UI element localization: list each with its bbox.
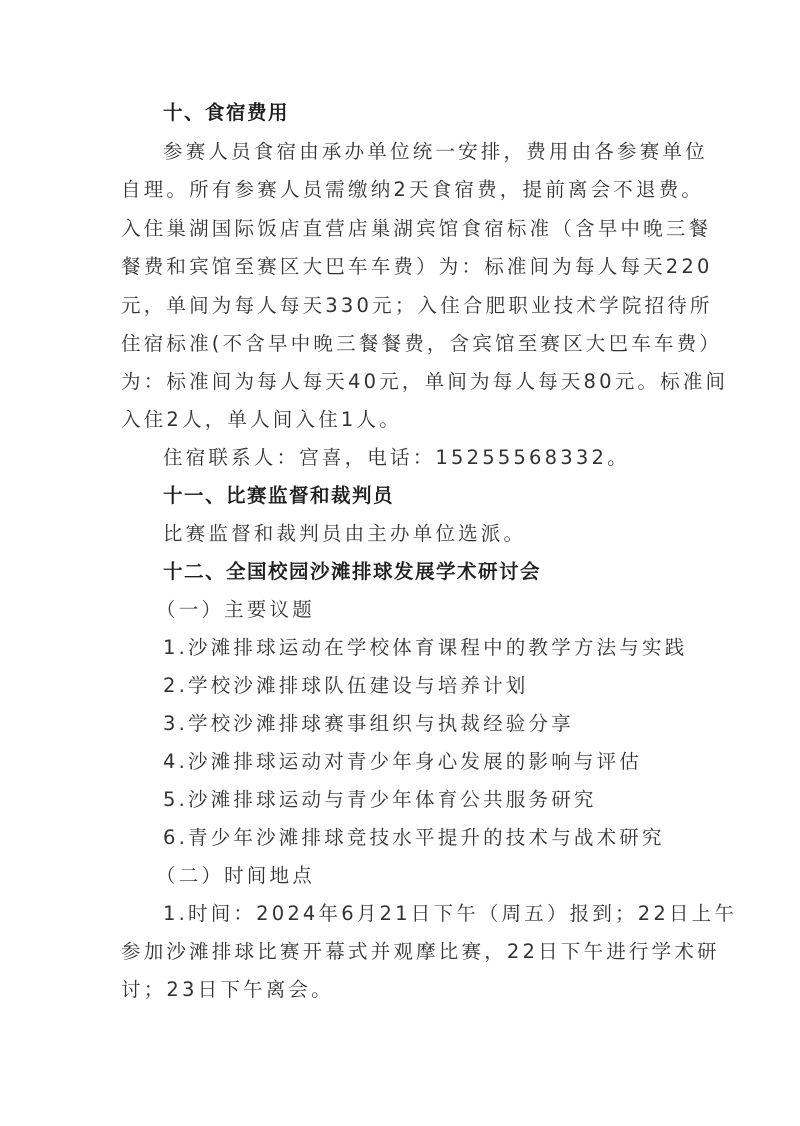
paragraph-line: 讨；23日下午离会。 xyxy=(121,978,334,1002)
paragraph-line: 比赛监督和裁判员由主办单位选派。 xyxy=(163,522,526,546)
document-page: 十、食宿费用 参赛人员食宿由承办单位统一安排，费用由各参赛单位 自理。所有参赛人… xyxy=(0,0,800,1126)
paragraph-line: 住宿标准(不含早中晚三餐餐费，含宾馆至赛区大巴车车费） xyxy=(121,332,722,356)
paragraph-line: 入住巢湖国际饭店直营店巢湖宾馆食宿标准（含早中晚三餐 xyxy=(121,217,711,241)
paragraph-line: 自理。所有参赛人员需缴纳2天食宿费，提前离会不退费。 xyxy=(121,178,704,202)
subsection-title-topics: （一）主要议题 xyxy=(156,598,315,622)
topic-item: 3.学校沙滩排球赛事组织与执裁经验分享 xyxy=(163,712,574,736)
topic-item: 6.青少年沙滩排球竞技水平提升的技术与战术研究 xyxy=(163,826,665,850)
paragraph-line: 餐费和宾馆至赛区大巴车车费）为：标准间为每人每天220 xyxy=(121,255,713,279)
topic-item: 5.沙滩排球运动与青少年体育公共服务研究 xyxy=(163,788,597,812)
contact-line: 住宿联系人：宫喜，电话：15255568332。 xyxy=(163,446,630,470)
paragraph-line: 元，单间为每人每天330元；入住合肥职业技术学院招待所 xyxy=(121,294,713,318)
subsection-title-time-place: （二）时间地点 xyxy=(156,864,315,888)
paragraph-line: 参赛人员食宿由承办单位统一安排，费用由各参赛单位 xyxy=(163,140,708,164)
section-heading-accommodation: 十、食宿费用 xyxy=(163,101,289,125)
paragraph-line: 参加沙滩排球比赛开幕式并观摩比赛，22日下午进行学术研 xyxy=(121,940,720,964)
section-heading-symposium: 十二、全国校园沙滩排球发展学术研讨会 xyxy=(163,560,541,584)
section-heading-referees: 十一、比赛监督和裁判员 xyxy=(163,484,394,508)
paragraph-line: 为：标准间为每人每天40元，单间为每人每天80元。标准间 xyxy=(121,370,728,394)
topic-item: 1.沙滩排球运动在学校体育课程中的教学方法与实践 xyxy=(163,636,687,660)
topic-item: 4.沙滩排球运动对青少年身心发展的影响与评估 xyxy=(163,750,642,774)
paragraph-line: 1.时间：2024年6月21日下午（周五）报到；22日上午 xyxy=(163,902,737,926)
topic-item: 2.学校沙滩排球队伍建设与培养计划 xyxy=(163,674,529,698)
paragraph-line: 入住2人，单人间入住1人。 xyxy=(121,408,402,432)
